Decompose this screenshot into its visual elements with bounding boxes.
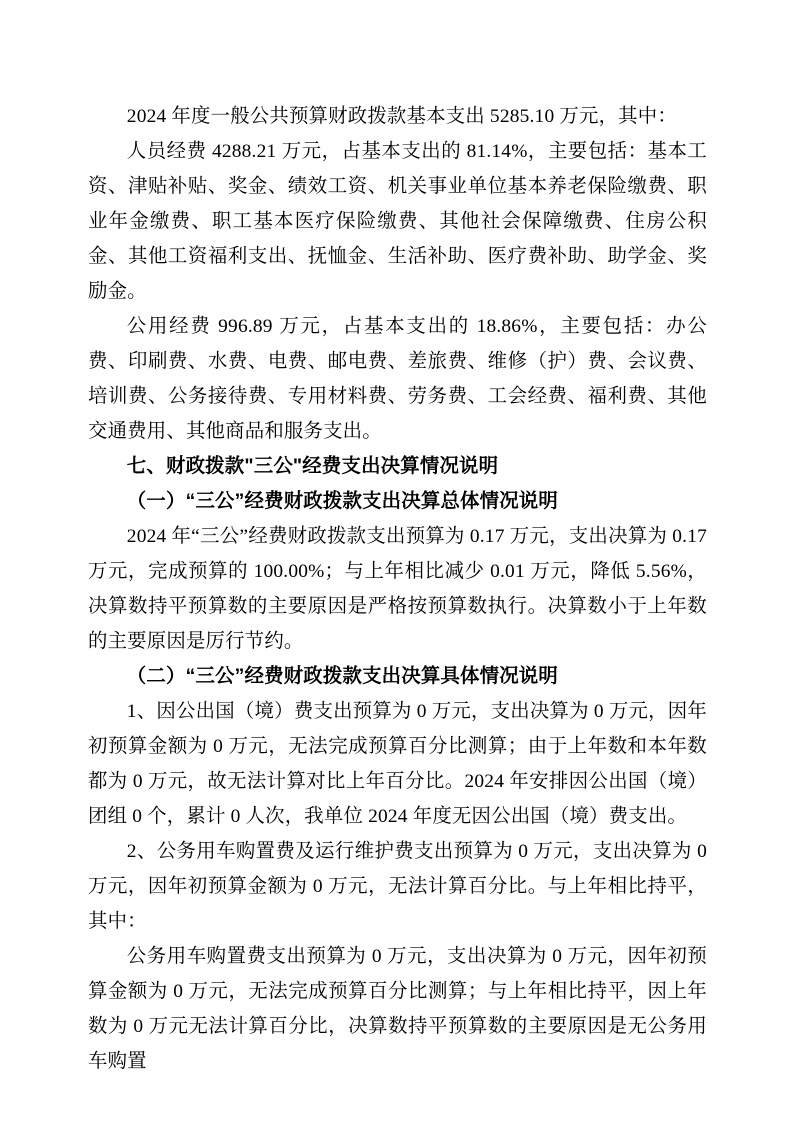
body-paragraph-three-public-overview: 2024 年“三公”经费财政拨款支出预算为 0.17 万元，支出决算为 0.17… [88, 519, 707, 659]
heading-section-seven-three-public-funds: 七、财政拨款"三公"经费支出决算情况说明 [88, 449, 707, 484]
body-paragraph-overseas-trips: 1、因公出国（境）费支出预算为 0 万元，支出决算为 0 万元，因年初预算金额为… [88, 694, 707, 834]
body-paragraph-personnel-funds: 人员经费 4288.21 万元，占基本支出的 81.14%，主要包括：基本工资、… [88, 134, 707, 309]
document-page: 2024 年度一般公共预算财政拨款基本支出 5285.10 万元，其中： 人员经… [0, 0, 793, 1122]
heading-subsection-one-overall-situation: （一）“三公”经费财政拨款支出决算总体情况说明 [88, 484, 707, 519]
body-paragraph-public-funds: 公用经费 996.89 万元，占基本支出的 18.86%，主要包括：办公费、印刷… [88, 309, 707, 449]
heading-subsection-two-specific-situation: （二）“三公”经费财政拨款支出决算具体情况说明 [88, 659, 707, 694]
body-paragraph-vehicle-purchase: 公务用车购置费支出预算为 0 万元，支出决算为 0 万元，因年初预算金额为 0 … [88, 939, 707, 1079]
body-paragraph-official-vehicles: 2、公务用车购置费及运行维护费支出预算为 0 万元，支出决算为 0 万元，因年初… [88, 834, 707, 939]
body-paragraph-basic-expenditure-intro: 2024 年度一般公共预算财政拨款基本支出 5285.10 万元，其中： [88, 99, 707, 134]
page-content: 2024 年度一般公共预算财政拨款基本支出 5285.10 万元，其中： 人员经… [88, 99, 707, 1079]
